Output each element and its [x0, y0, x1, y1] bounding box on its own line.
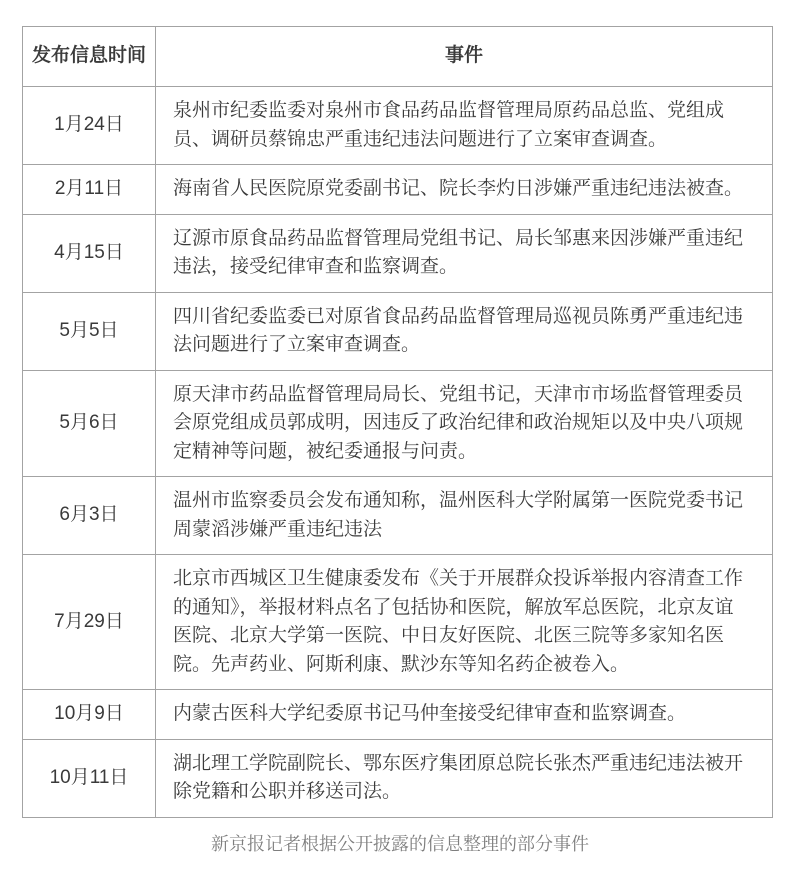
date-cell: 6月3日 [23, 477, 156, 555]
date-cell: 7月29日 [23, 555, 156, 690]
table-header-row: 发布信息时间 事件 [23, 27, 773, 87]
date-cell: 5月6日 [23, 370, 156, 477]
date-cell: 2月11日 [23, 165, 156, 215]
table-row: 1月24日 泉州市纪委监委对泉州市食品药品监督管理局原药品总监、党组成员、调研员… [23, 87, 773, 165]
table-row: 5月5日 四川省纪委监委已对原省食品药品监督管理局巡视员陈勇严重违纪违法问题进行… [23, 292, 773, 370]
table-row: 2月11日 海南省人民医院原党委副书记、院长李灼日涉嫌严重违纪违法被查。 [23, 165, 773, 215]
event-cell: 海南省人民医院原党委副书记、院长李灼日涉嫌严重违纪违法被查。 [156, 165, 773, 215]
event-cell: 辽源市原食品药品监督管理局党组书记、局长邹惠来因涉嫌严重违纪违法，接受纪律审查和… [156, 214, 773, 292]
header-event: 事件 [156, 27, 773, 87]
table-row: 7月29日 北京市西城区卫生健康委发布《关于开展群众投诉举报内容清查工作的通知》… [23, 555, 773, 690]
event-cell: 原天津市药品监督管理局局长、党组书记，天津市市场监督管理委员会原党组成员郭成明，… [156, 370, 773, 477]
event-cell: 温州市监察委员会发布通知称，温州医科大学附属第一医院党委书记周蒙滔涉嫌严重违纪违… [156, 477, 773, 555]
date-cell: 10月11日 [23, 739, 156, 817]
event-cell: 湖北理工学院副院长、鄂东医疗集团原总院长张杰严重违纪违法被开除党籍和公职并移送司… [156, 739, 773, 817]
date-cell: 10月9日 [23, 690, 156, 740]
date-cell: 1月24日 [23, 87, 156, 165]
page: 发布信息时间 事件 1月24日 泉州市纪委监委对泉州市食品药品监督管理局原药品总… [0, 0, 800, 878]
table-row: 4月15日 辽源市原食品药品监督管理局党组书记、局长邹惠来因涉嫌严重违纪违法，接… [23, 214, 773, 292]
table-row: 10月11日 湖北理工学院副院长、鄂东医疗集团原总院长张杰严重违纪违法被开除党籍… [23, 739, 773, 817]
date-cell: 4月15日 [23, 214, 156, 292]
header-publish-time: 发布信息时间 [23, 27, 156, 87]
table-row: 5月6日 原天津市药品监督管理局局长、党组书记，天津市市场监督管理委员会原党组成… [23, 370, 773, 477]
events-table: 发布信息时间 事件 1月24日 泉州市纪委监委对泉州市食品药品监督管理局原药品总… [22, 26, 773, 818]
event-cell: 北京市西城区卫生健康委发布《关于开展群众投诉举报内容清查工作的通知》，举报材料点… [156, 555, 773, 690]
event-cell: 泉州市纪委监委对泉州市食品药品监督管理局原药品总监、党组成员、调研员蔡锦忠严重违… [156, 87, 773, 165]
table-row: 6月3日 温州市监察委员会发布通知称，温州医科大学附属第一医院党委书记周蒙滔涉嫌… [23, 477, 773, 555]
table-row: 10月9日 内蒙古医科大学纪委原书记马仲奎接受纪律审查和监察调查。 [23, 690, 773, 740]
event-cell: 四川省纪委监委已对原省食品药品监督管理局巡视员陈勇严重违纪违法问题进行了立案审查… [156, 292, 773, 370]
table-caption: 新京报记者根据公开披露的信息整理的部分事件 [0, 832, 800, 857]
date-cell: 5月5日 [23, 292, 156, 370]
event-cell: 内蒙古医科大学纪委原书记马仲奎接受纪律审查和监察调查。 [156, 690, 773, 740]
